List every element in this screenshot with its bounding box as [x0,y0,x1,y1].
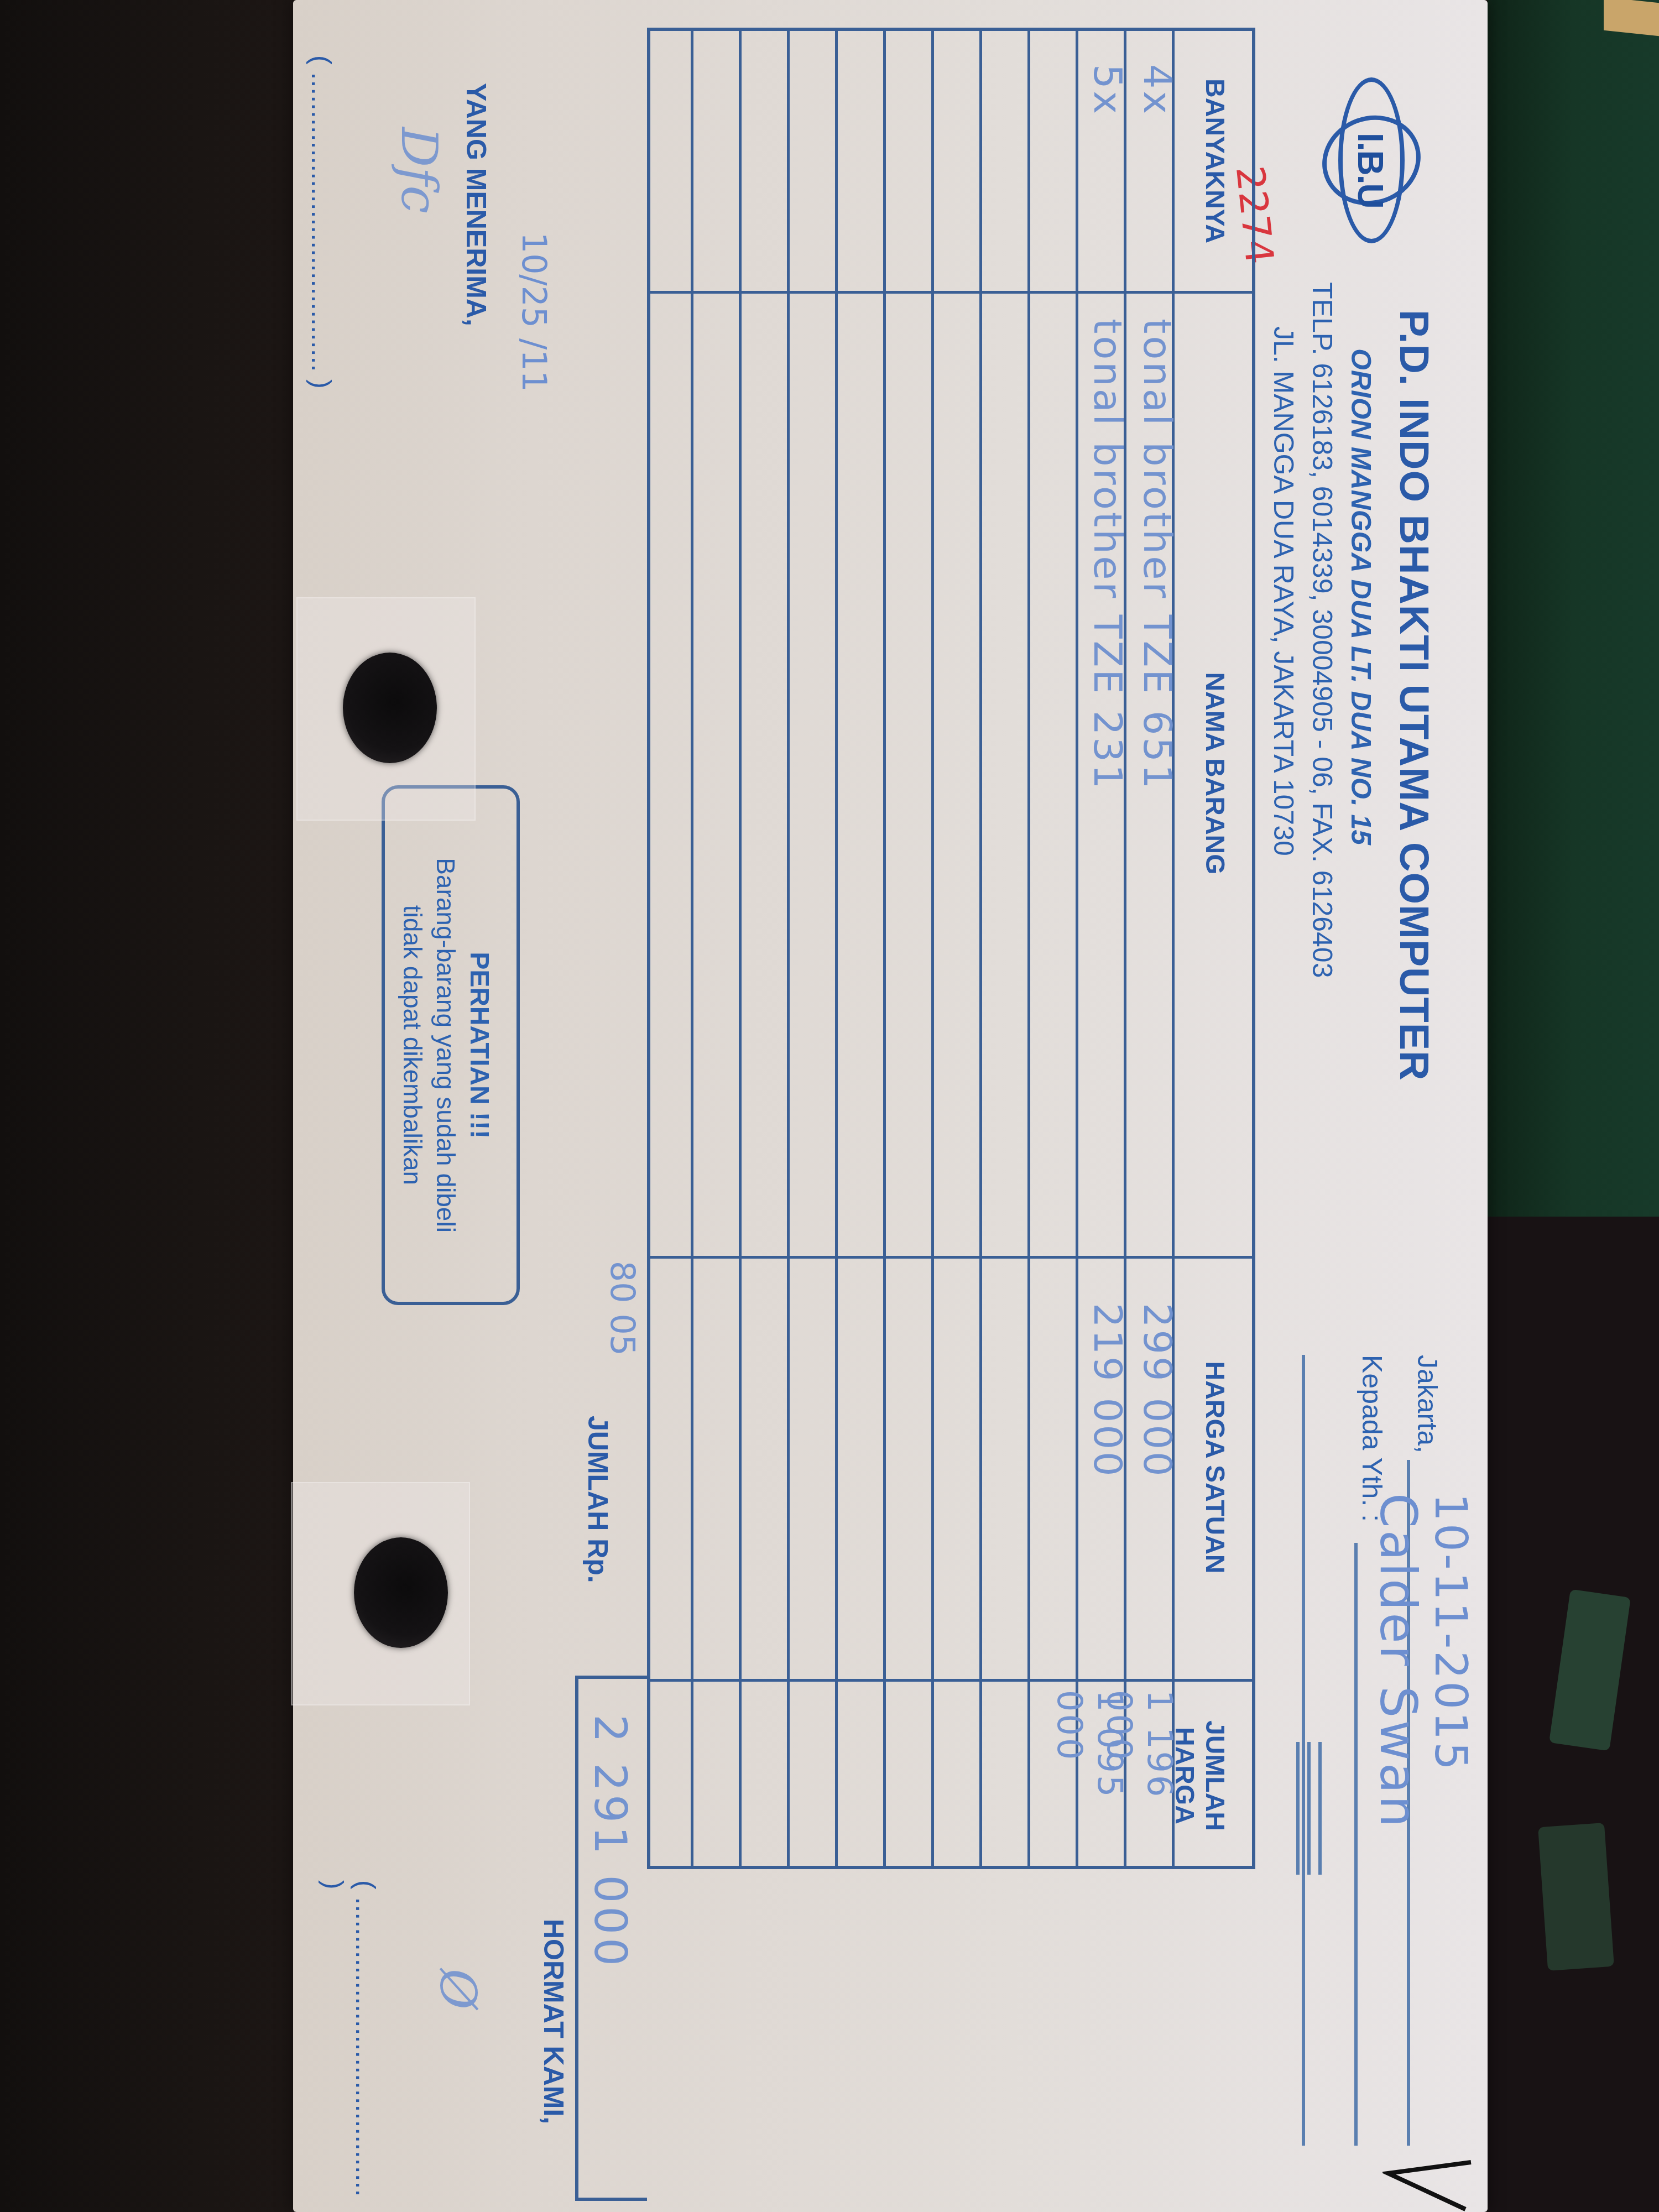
row-2-unit-price: 219 000 [1085,1303,1130,1478]
row-divider [883,31,886,1866]
background-green-surface [1488,0,1659,1217]
header-item-name: NAMA BARANG [1199,291,1230,1256]
header-unit-price: HARGA SATUAN [1199,1256,1230,1679]
row-divider [1124,31,1126,1866]
total-value: 2 291 000 [585,1714,636,1969]
address-line-3: JL. MANGGA DUA RAYA, JAKARTA 10730 [1267,326,1300,856]
background-tan-edge [1604,0,1659,36]
date-value: 10-11-2015 [1425,1493,1477,1772]
notice-box: PERHATIAN !!! Barang-barang yang sudah d… [382,785,520,1305]
row-2-qty: 5x [1085,64,1130,116]
notice-title: PERHATIAN !!! [464,789,494,1302]
regards-label: HORMAT KAMI, [538,1919,570,2124]
row-divider [739,31,742,1866]
row-divider [931,31,934,1866]
receipt-photo: I.B.U P.D. INDO BHAKTI UTAMA COMPUTER OR… [293,0,1488,2212]
checkmark-icon [1383,2157,1477,2212]
row-1-qty: 4x [1135,64,1180,116]
company-name: P.D. INDO BHAKTI UTAMA COMPUTER [1391,310,1438,1081]
notice-line-2: tidak dapat dikembalikan [398,789,427,1302]
background-green-patch [1538,1823,1614,1971]
punch-hole [343,653,437,763]
row-1-item: tonal brother TZE 651 [1135,319,1180,791]
row-divider [1076,31,1078,1866]
received-by-label: YANG MENERIMA, [460,83,492,326]
punch-hole [354,1537,448,1648]
received-signature-line: ( ......................................… [305,55,337,389]
recipient-value: Calder Swan [1369,1493,1427,1829]
decorative-lines [1288,1742,1322,1875]
address-line-2: TELP. 6126183, 6014339, 30004905 - 06, F… [1306,282,1338,978]
row-divider [835,31,838,1866]
side-note: 80 05 [603,1261,641,1356]
row-2-item: tonal brother TZE 231 [1085,319,1130,791]
received-note: 10/25 /11 [514,232,553,392]
notice-line-1: Barang-barang yang sudah dibeli [431,789,461,1302]
receipt-paper: I.B.U P.D. INDO BHAKTI UTAMA COMPUTER OR… [293,0,1488,2212]
date-label: Jakarta, [1411,1355,1443,1453]
total-label: JUMLAH Rp. [582,1416,614,1583]
items-table: BANYAKNYA NAMA BARANG HARGA SATUAN JUMLA… [647,28,1255,1869]
header-qty: BANYAKNYA [1199,31,1230,291]
address-line-1: ORION MANGGA DUA LT. DUA NO. 15 [1345,348,1377,845]
row-divider [1172,31,1175,1866]
logo-text: I.B.U [1350,133,1391,208]
recipient-underline [1354,1543,1358,2146]
regards-signature-line: ( ......................................… [317,1880,382,2212]
company-logo: I.B.U [1322,77,1421,243]
regards-signature: Ø [429,1969,487,2010]
row-1-unit-price: 299 000 [1135,1303,1180,1478]
row-divider [979,31,982,1866]
row-2-amount: 1 095 000 [1050,1690,1130,1866]
row-divider [1027,31,1030,1866]
received-signature: Dfc [390,127,448,213]
row-divider [691,31,693,1866]
row-divider [787,31,790,1866]
